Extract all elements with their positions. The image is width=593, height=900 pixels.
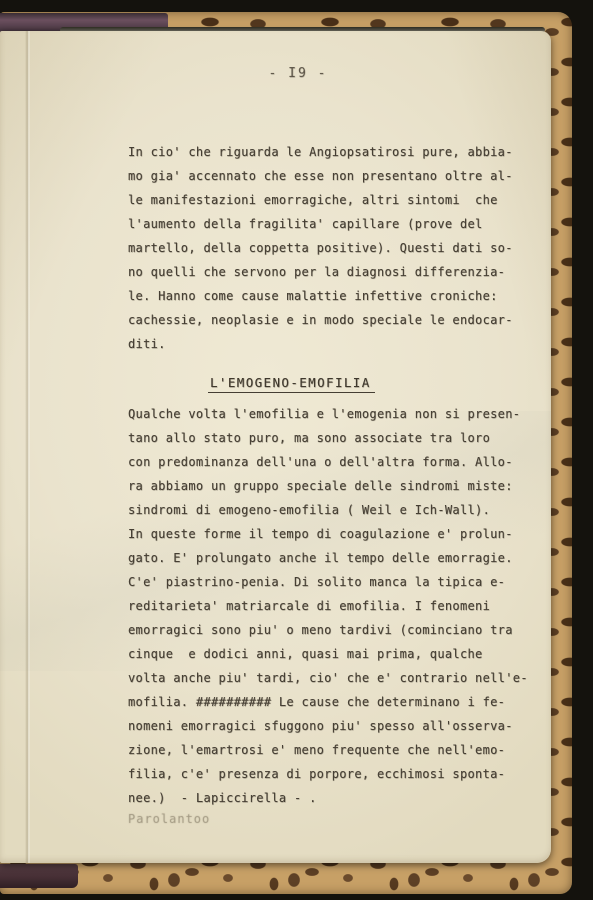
typed-line: zione, l'emartrosi e' meno frequente che…	[128, 738, 548, 762]
typed-line: volta anche piu' tardi, cio' che e' cont…	[128, 666, 548, 690]
page-content: - I9 - In cio' che riguarda le Angiopsat…	[0, 0, 593, 900]
typed-line: martello, della coppetta positive). Ques…	[128, 236, 548, 260]
scanned-book-page: - I9 - In cio' che riguarda le Angiopsat…	[0, 0, 593, 900]
typed-line: mofilia. ########## Le cause che determi…	[128, 690, 548, 714]
typed-line: Qualche volta l'emofilia e l'emogenia no…	[128, 402, 548, 426]
section-heading-row: L'EMOGENO-EMOFILIA	[208, 372, 375, 393]
typed-line: l'aumento della fragilita' capillare (pr…	[128, 212, 548, 236]
paragraph-emogeno-emofilia: Qualche volta l'emofilia e l'emogenia no…	[128, 402, 548, 810]
typed-line: nomeni emorragici sfuggono piu' spesso a…	[128, 714, 548, 738]
section-heading: L'EMOGENO-EMOFILIA	[208, 375, 375, 393]
typed-line: le. Hanno come cause malattie infettive …	[128, 284, 548, 308]
typed-line: gato. E' prolungato anche il tempo delle…	[128, 546, 548, 570]
typed-line: nee.) - Lapiccirella - .	[128, 786, 548, 810]
typed-line: sindromi di emogeno-emofilia ( Weil e Ic…	[128, 498, 548, 522]
typed-line: con predominanza dell'una o dell'altra f…	[128, 450, 548, 474]
typed-line: emorragici sono piu' o meno tardivi (com…	[128, 618, 548, 642]
typed-line: no quelli che servono per la diagnosi di…	[128, 260, 548, 284]
typed-line: In queste forme il tempo di coagulazione…	[128, 522, 548, 546]
typed-line: filia, c'e' presenza di porpore, ecchimo…	[128, 762, 548, 786]
typed-line: tano allo stato puro, ma sono associate …	[128, 426, 548, 450]
typed-line: cinque e dodici anni, quasi mai prima, q…	[128, 642, 548, 666]
typed-line: diti.	[128, 332, 548, 356]
ghost-offset-text: Parolantoo	[128, 812, 210, 826]
typed-line: In cio' che riguarda le Angiopsatirosi p…	[128, 140, 548, 164]
page-number: - I9 -	[128, 66, 468, 81]
typed-line: mo gia' accennato che esse non presentan…	[128, 164, 548, 188]
typed-line: C'e' piastrino-penia. Di solito manca la…	[128, 570, 548, 594]
typed-line: cachessie, neoplasie e in modo speciale …	[128, 308, 548, 332]
paragraph-angiopsatirosi: In cio' che riguarda le Angiopsatirosi p…	[128, 140, 548, 356]
typed-line: ra abbiamo un gruppo speciale delle sind…	[128, 474, 548, 498]
typed-line: reditarieta' matriarcale di emofilia. I …	[128, 594, 548, 618]
typed-line: le manifestazioni emorragiche, altri sin…	[128, 188, 548, 212]
